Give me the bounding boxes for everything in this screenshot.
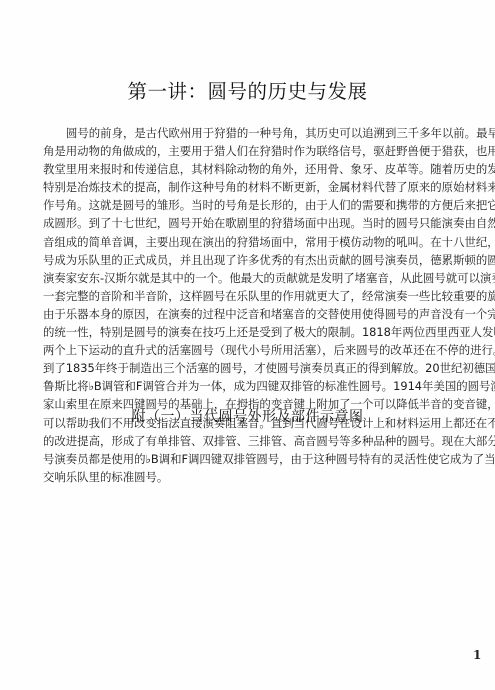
text-line: 音组成的简单音调，主要出现在演出的狩猎场面中，常用于模仿动物的吼叫。在十八世纪，… (43, 233, 459, 251)
text-line: 两个上下运动的直升式的活塞圆号（现代小号所用活塞），后来圆号的改革还在不停的进行… (43, 341, 459, 359)
text-line: 的改进提高，形成了有单排管、双排管、三排管、高音圆号等多种品种的圆号。现在大部分… (43, 432, 459, 450)
text-line: 交响乐队里的标准圆号。 (43, 468, 459, 486)
appendix-heading: 附（一）当代圆号外形及部件示意图 (0, 406, 495, 426)
page-number: 1 (473, 648, 481, 662)
body-paragraph: 圆号的前身，是古代欧州用于狩猎的一种号角，其历史可以追溯到三千多年以前。最早号 … (43, 124, 459, 486)
text-line: 号成为乐队里的正式成员，并且出现了许多优秀的有杰出贡献的圆号演奏员，德累斯顿的圆… (43, 251, 459, 269)
document-page: 第一讲：圆号的历史与发展 圆号的前身，是古代欧州用于狩猎的一种号角，其历史可以追… (0, 0, 495, 690)
text-line: 教堂里用来报时和传递信息，其材料除动物的角外，还用骨、象牙、皮革等。随着历史的发… (43, 160, 459, 178)
text-line: 演奏家安东-汉斯尔就是其中的一个。他最大的贡献就是发明了堵塞音，从此圆号就可以演… (43, 269, 459, 287)
text-line: 圆号的前身，是古代欧州用于狩猎的一种号角，其历史可以追溯到三千多年以前。最早号 (43, 124, 459, 142)
text-line: 由于乐器本身的原因，在演奏的过程中泛音和堵塞音的交替使用使得圆号的声音没有一个完… (43, 305, 459, 323)
text-line: 角是用动物的角做成的，主要用于猎人们在狩猎时作为联络信号，驱赶野兽便于猎获，也用… (43, 142, 459, 160)
chapter-title: 第一讲：圆号的历史与发展 (0, 76, 495, 104)
text-line: 成圆形。到了十七世纪，圆号开始在歌剧里的狩猎场面中出现。当时的圆号只能演奏由自然… (43, 214, 459, 232)
text-line: 到了1835年终于制造出三个活塞的圆号，才使圆号演奏员真正的得到解放。20世纪初… (43, 359, 459, 377)
text-line: 作号角。这就是圆号的雏形。当时的号角是长形的，由于人们的需要和携带的方便后来把它… (43, 196, 459, 214)
text-line: 特别是冶炼技术的提高，制作这种号角的材料不断更新，金属材料代替了原来的原始材料来… (43, 178, 459, 196)
text-line: 号演奏员都是使用的♭B调和F调四键双排管圆号，由于这种圆号特有的灵活性使它成为了… (43, 450, 459, 468)
text-line: 的统一性，特别是圆号的演奏在技巧上还是受到了极大的限制。1818年两位西里西亚人… (43, 323, 459, 341)
text-line: 一套完整的音阶和半音阶，这样圆号在乐队里的作用就更大了，经常演奏一些比较重要的旋… (43, 287, 459, 305)
text-line: 鲁斯比将♭B调管和F调管合并为一体，成为四键双排管的标准性圆号。1914年美国的… (43, 377, 459, 395)
